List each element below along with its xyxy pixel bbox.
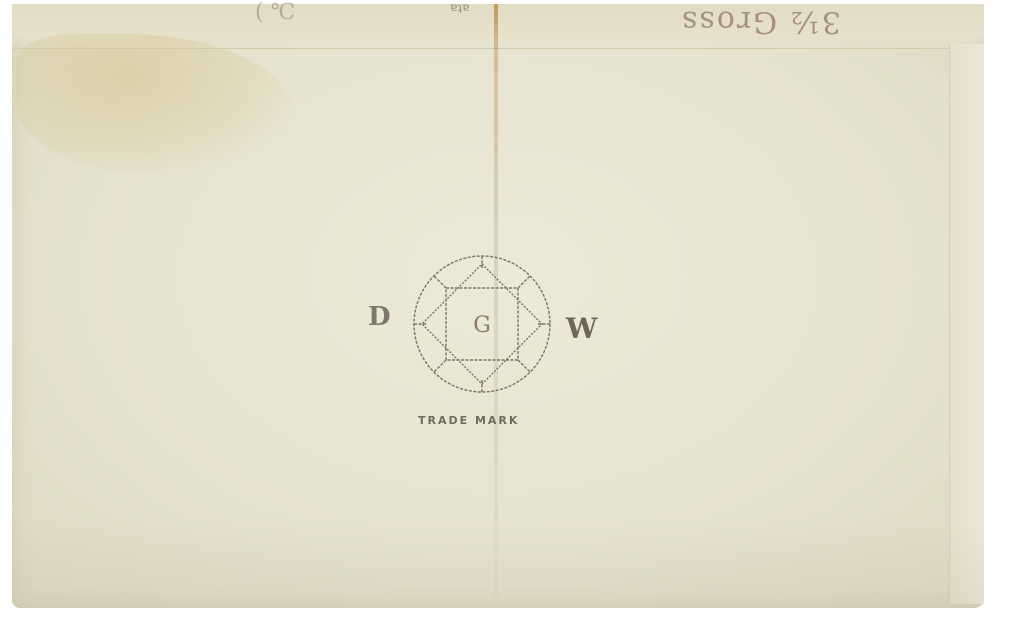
trademark-center-letter: G xyxy=(473,313,491,338)
top-left-mark: ( ℃ xyxy=(255,0,295,25)
water-stain xyxy=(16,34,296,174)
trademark-caption: TRADE MARK xyxy=(418,414,519,427)
trademark-letter-d: D xyxy=(368,302,391,332)
top-center-mark: ɐʇɐ xyxy=(450,0,469,14)
bottom-shadow xyxy=(12,518,984,608)
trademark-emblem-icon: G xyxy=(410,252,554,396)
quantity-label: 3½ Gross xyxy=(680,4,841,39)
trademark-letter-w: W xyxy=(566,312,597,345)
